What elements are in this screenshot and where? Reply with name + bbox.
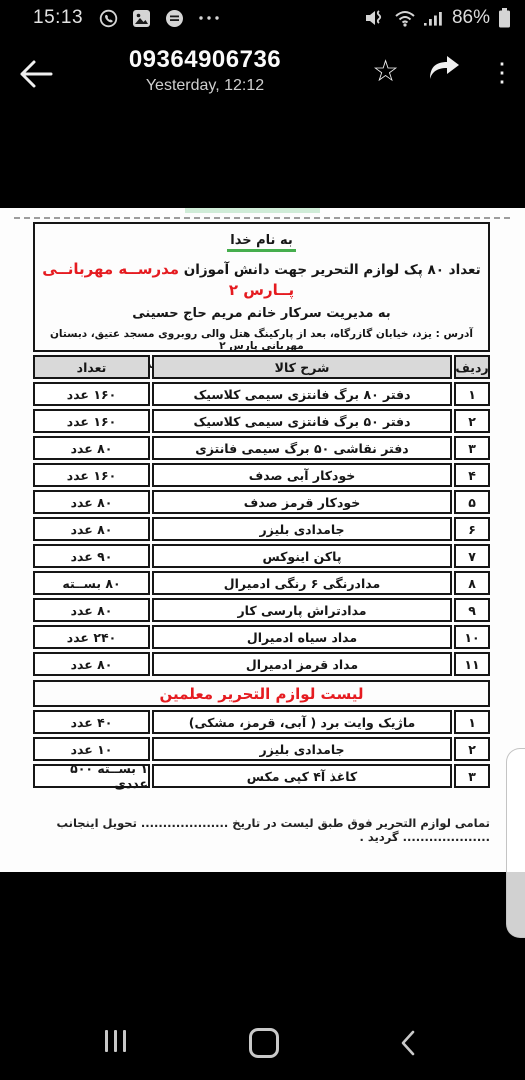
system-status-icons: 86% bbox=[364, 0, 511, 36]
back-button[interactable] bbox=[18, 58, 58, 94]
teachers-section-header: لیست لوازم التحریر معلمین bbox=[33, 680, 490, 707]
item-description-cell: پاکن اینوکس bbox=[152, 544, 452, 568]
stationery-list-document: به نام خدا تعداد ۸۰ پک لوازم التحریر جهت… bbox=[33, 222, 490, 844]
row-number-cell: ۶ bbox=[454, 517, 490, 541]
row-number-cell: ۹ bbox=[454, 598, 490, 622]
bismillah-line: به نام خدا bbox=[227, 233, 295, 252]
table-row: ۲ دفتر ۵۰ برگ فانتزی سیمی کلاسیک ۱۶۰ عدد bbox=[33, 409, 490, 433]
item-description-cell: جامدادی بلیزر bbox=[152, 517, 452, 541]
row-number-cell: ۲ bbox=[454, 737, 490, 761]
item-description-cell: دفتر ۵۰ برگ فانتزی سیمی کلاسیک bbox=[152, 409, 452, 433]
table-row: ۵ خودکار قرمز صدف ۸۰ عدد bbox=[33, 490, 490, 514]
row-number-cell: ۱ bbox=[454, 382, 490, 406]
whatsapp-icon bbox=[99, 9, 118, 28]
table-row: ۱ دفتر ۸۰ برگ فانتزی سیمی کلاسیک ۱۶۰ عدد bbox=[33, 382, 490, 406]
document-title: تعداد ۸۰ پک لوازم التحریر جهت دانش آموزا… bbox=[41, 259, 482, 301]
item-description-cell: دفتر نقاشی ۵۰ برگ سیمی فانتزی bbox=[152, 436, 452, 460]
share-button[interactable] bbox=[427, 54, 461, 89]
item-description-cell: کاغذ آ۴ کپی مکس bbox=[152, 764, 452, 788]
row-number-cell: ۱ bbox=[454, 710, 490, 734]
table-header-row: ردیف شرح کالا تعداد bbox=[33, 355, 490, 379]
phone-screen: 15:13 bbox=[0, 0, 525, 1080]
row-number-cell: ۱۰ bbox=[454, 625, 490, 649]
table-row: ۳ کاغذ آ۴ کپی مکس ۱ بســته ۵۰۰ عددی bbox=[33, 764, 490, 788]
battery-percent: 86% bbox=[452, 7, 490, 29]
document-header-box: به نام خدا تعداد ۸۰ پک لوازم التحریر جهت… bbox=[33, 222, 490, 352]
item-quantity-cell: ۴۰ عدد bbox=[33, 710, 150, 734]
item-quantity-cell: ۱ بســته ۵۰۰ عددی bbox=[33, 764, 150, 788]
battery-icon bbox=[498, 8, 511, 28]
item-quantity-cell: ۹۰ عدد bbox=[33, 544, 150, 568]
wifi-icon bbox=[394, 10, 416, 27]
table-row: ۷ پاکن اینوکس ۹۰ عدد bbox=[33, 544, 490, 568]
ellipsis-icon bbox=[198, 14, 220, 22]
student-items-table: ۱ دفتر ۸۰ برگ فانتزی سیمی کلاسیک ۱۶۰ عدد… bbox=[33, 382, 490, 676]
sender-phone-number: 09364906736 bbox=[95, 46, 315, 74]
row-number-cell: ۱۱ bbox=[454, 652, 490, 676]
item-quantity-cell: ۸۰ عدد bbox=[33, 490, 150, 514]
message-timestamp: Yesterday, 12:12 bbox=[95, 77, 315, 95]
item-quantity-cell: ۱۶۰ عدد bbox=[33, 409, 150, 433]
table-row: ۴ خودکار آبی صدف ۱۶۰ عدد bbox=[33, 463, 490, 487]
row-number-cell: ۳ bbox=[454, 764, 490, 788]
recents-button[interactable] bbox=[105, 1030, 126, 1052]
item-description-cell: مداد قرمز ادمیرال bbox=[152, 652, 452, 676]
item-quantity-cell: ۱۶۰ عدد bbox=[33, 382, 150, 406]
attachment-image-viewer[interactable]: به نام خدا تعداد ۸۰ پک لوازم التحریر جهت… bbox=[0, 208, 525, 872]
mute-vibrate-icon bbox=[364, 9, 386, 27]
delivery-confirmation-note: تمامی لوازم التحریر فوق طبق لیست در تاری… bbox=[33, 816, 490, 844]
edge-panel-handle[interactable] bbox=[506, 748, 525, 938]
viewer-header: 09364906736 Yesterday, 12:12 ☆ ⋮ bbox=[0, 36, 525, 116]
item-description-cell: خودکار آبی صدف bbox=[152, 463, 452, 487]
item-description-cell: مدادرنگی ۶ رنگی ادمیرال bbox=[152, 571, 452, 595]
nav-back-button[interactable] bbox=[400, 1030, 416, 1061]
table-row: ۱۱ مداد قرمز ادمیرال ۸۰ عدد bbox=[33, 652, 490, 676]
address-line: آدرس : یزد، خیابان گازرگاه، بعد از پارکی… bbox=[41, 328, 482, 352]
navigation-bar bbox=[0, 1010, 525, 1080]
management-line: به مدیریت سرکار خانم مریم حاج حسینی bbox=[41, 306, 482, 321]
favorite-star-button[interactable]: ☆ bbox=[372, 57, 399, 87]
paper-fold-line bbox=[14, 217, 510, 219]
gallery-icon bbox=[132, 9, 151, 28]
item-description-cell: دفتر ۸۰ برگ فانتزی سیمی کلاسیک bbox=[152, 382, 452, 406]
table-row: ۳ دفتر نقاشی ۵۰ برگ سیمی فانتزی ۸۰ عدد bbox=[33, 436, 490, 460]
row-number-cell: ۲ bbox=[454, 409, 490, 433]
message-header: 09364906736 Yesterday, 12:12 bbox=[95, 46, 315, 95]
header-actions: ☆ ⋮ bbox=[372, 54, 515, 89]
row-number-cell: ۸ bbox=[454, 571, 490, 595]
row-number-cell: ۵ bbox=[454, 490, 490, 514]
status-bar: 15:13 bbox=[0, 0, 525, 36]
item-quantity-cell: ۲۴۰ عدد bbox=[33, 625, 150, 649]
item-quantity-cell: ۸۰ بســته bbox=[33, 571, 150, 595]
clock: 15:13 bbox=[33, 7, 83, 29]
item-quantity-cell: ۸۰ عدد bbox=[33, 598, 150, 622]
table-row: ۸ مدادرنگی ۶ رنگی ادمیرال ۸۰ بســته bbox=[33, 571, 490, 595]
home-button[interactable] bbox=[249, 1028, 279, 1058]
column-header-description: شرح کالا bbox=[152, 355, 452, 379]
more-options-button[interactable]: ⋮ bbox=[489, 57, 515, 87]
item-quantity-cell: ۸۰ عدد bbox=[33, 652, 150, 676]
item-description-cell: خودکار قرمز صدف bbox=[152, 490, 452, 514]
column-header-quantity: تعداد bbox=[33, 355, 150, 379]
row-number-cell: ۴ bbox=[454, 463, 490, 487]
signal-icon bbox=[424, 10, 444, 26]
item-description-cell: جامدادی بلیزر bbox=[152, 737, 452, 761]
item-description-cell: ماژیک وایت برد ( آبی، قرمز، مشکی) bbox=[152, 710, 452, 734]
chat-icon bbox=[165, 9, 184, 28]
row-number-cell: ۳ bbox=[454, 436, 490, 460]
item-description-cell: مداد سیاه ادمیرال bbox=[152, 625, 452, 649]
table-row: ۶ جامدادی بلیزر ۸۰ عدد bbox=[33, 517, 490, 541]
table-row: ۱ ماژیک وایت برد ( آبی، قرمز، مشکی) ۴۰ ع… bbox=[33, 710, 490, 734]
item-quantity-cell: ۸۰ عدد bbox=[33, 436, 150, 460]
item-quantity-cell: ۸۰ عدد bbox=[33, 517, 150, 541]
table-row: ۲ جامدادی بلیزر ۱۰ عدد bbox=[33, 737, 490, 761]
table-row: ۹ مدادتراش پارسی کار ۸۰ عدد bbox=[33, 598, 490, 622]
item-quantity-cell: ۱۶۰ عدد bbox=[33, 463, 150, 487]
table-row: ۱۰ مداد سیاه ادمیرال ۲۴۰ عدد bbox=[33, 625, 490, 649]
item-quantity-cell: ۱۰ عدد bbox=[33, 737, 150, 761]
row-number-cell: ۷ bbox=[454, 544, 490, 568]
scan-artifact bbox=[185, 208, 320, 213]
notification-icons bbox=[99, 9, 220, 28]
column-header-row-number: ردیف bbox=[454, 355, 490, 379]
item-description-cell: مدادتراش پارسی کار bbox=[152, 598, 452, 622]
teacher-items-table: ۱ ماژیک وایت برد ( آبی، قرمز، مشکی) ۴۰ ع… bbox=[33, 710, 490, 788]
